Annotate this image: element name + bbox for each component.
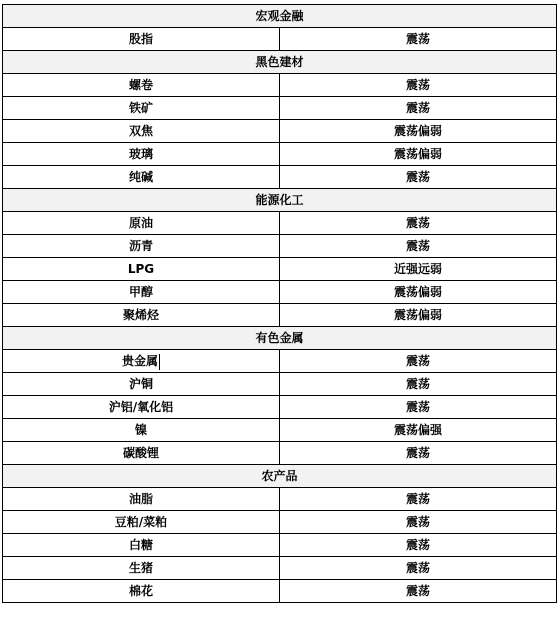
table-row: 玻璃 震荡偏弱 [3, 143, 557, 166]
commodity-name[interactable]: 白糖 [3, 534, 280, 557]
table-row: 沪铝/氧化铝 震荡 [3, 396, 557, 419]
commodity-name[interactable]: 沥青 [3, 235, 280, 258]
table-row: 白糖 震荡 [3, 534, 557, 557]
commodity-view[interactable]: 震荡 [280, 488, 557, 511]
commodity-name[interactable]: 原油 [3, 212, 280, 235]
table-row: 螺卷 震荡 [3, 74, 557, 97]
commodity-name[interactable]: 碳酸锂 [3, 442, 280, 465]
table-row: 棉花 震荡 [3, 580, 557, 603]
commodity-view[interactable]: 震荡 [280, 28, 557, 51]
table-row: 双焦 震荡偏弱 [3, 120, 557, 143]
table-row: 甲醇 震荡偏弱 [3, 281, 557, 304]
commodity-view[interactable]: 震荡 [280, 166, 557, 189]
table-row: 原油 震荡 [3, 212, 557, 235]
commodity-view[interactable]: 震荡偏弱 [280, 281, 557, 304]
section-title[interactable]: 黑色建材 [3, 51, 557, 74]
commodity-view[interactable]: 震荡偏强 [280, 419, 557, 442]
section-title[interactable]: 农产品 [3, 465, 557, 488]
commodity-view[interactable]: 震荡 [280, 557, 557, 580]
commodity-view[interactable]: 震荡 [280, 396, 557, 419]
commodity-outlook-table: 宏观金融 股指 震荡 黑色建材 螺卷 震荡 铁矿 震荡 双焦 震荡偏弱 玻璃 震… [2, 4, 557, 603]
commodity-name[interactable]: 生猪 [3, 557, 280, 580]
commodity-view[interactable]: 震荡 [280, 511, 557, 534]
commodity-name[interactable]: 甲醇 [3, 281, 280, 304]
commodity-name[interactable]: 油脂 [3, 488, 280, 511]
commodity-view[interactable]: 震荡 [280, 97, 557, 120]
commodity-view[interactable]: 震荡 [280, 442, 557, 465]
table-row: 纯碱 震荡 [3, 166, 557, 189]
commodity-view[interactable]: 震荡偏弱 [280, 143, 557, 166]
commodity-view[interactable]: 震荡偏弱 [280, 304, 557, 327]
section-title[interactable]: 有色金属 [3, 327, 557, 350]
table-row: 沪铜 震荡 [3, 373, 557, 396]
commodity-view[interactable]: 震荡 [280, 74, 557, 97]
commodity-name[interactable]: 双焦 [3, 120, 280, 143]
commodity-view[interactable]: 震荡偏弱 [280, 120, 557, 143]
table-row: 生猪 震荡 [3, 557, 557, 580]
table-row: 股指 震荡 [3, 28, 557, 51]
commodity-view[interactable]: 震荡 [280, 212, 557, 235]
commodity-name[interactable]: 沪铜 [3, 373, 280, 396]
table-row: 豆粕/菜粕 震荡 [3, 511, 557, 534]
commodity-view[interactable]: 震荡 [280, 235, 557, 258]
commodity-name[interactable]: 镍 [3, 419, 280, 442]
commodity-name[interactable]: 股指 [3, 28, 280, 51]
section-title[interactable]: 宏观金融 [3, 5, 557, 28]
commodity-view[interactable]: 震荡 [280, 350, 557, 373]
text-cursor [159, 354, 160, 370]
commodity-name[interactable]: 纯碱 [3, 166, 280, 189]
section-header: 能源化工 [3, 189, 557, 212]
commodity-view[interactable]: 震荡 [280, 373, 557, 396]
table-row: 贵金属 震荡 [3, 350, 557, 373]
table-row: 碳酸锂 震荡 [3, 442, 557, 465]
section-header: 黑色建材 [3, 51, 557, 74]
commodity-view[interactable]: 震荡 [280, 534, 557, 557]
table-row: 沥青 震荡 [3, 235, 557, 258]
commodity-view[interactable]: 近强远弱 [280, 258, 557, 281]
table-row: 聚烯烃 震荡偏弱 [3, 304, 557, 327]
section-header: 宏观金融 [3, 5, 557, 28]
table-row: 油脂 震荡 [3, 488, 557, 511]
section-header: 农产品 [3, 465, 557, 488]
section-title[interactable]: 能源化工 [3, 189, 557, 212]
commodity-name-cell[interactable]: 贵金属 [3, 350, 280, 373]
commodity-name[interactable]: 铁矿 [3, 97, 280, 120]
commodity-name[interactable]: 螺卷 [3, 74, 280, 97]
commodity-name[interactable]: 豆粕/菜粕 [3, 511, 280, 534]
commodity-name[interactable]: 沪铝/氧化铝 [3, 396, 280, 419]
commodity-name[interactable]: LPG [3, 258, 280, 281]
commodity-name[interactable]: 聚烯烃 [3, 304, 280, 327]
commodity-name[interactable]: 玻璃 [3, 143, 280, 166]
commodity-name: 贵金属 [122, 354, 158, 368]
commodity-view[interactable]: 震荡 [280, 580, 557, 603]
commodity-name[interactable]: 棉花 [3, 580, 280, 603]
table-row: LPG 近强远弱 [3, 258, 557, 281]
table-row: 铁矿 震荡 [3, 97, 557, 120]
table-row: 镍 震荡偏强 [3, 419, 557, 442]
section-header: 有色金属 [3, 327, 557, 350]
